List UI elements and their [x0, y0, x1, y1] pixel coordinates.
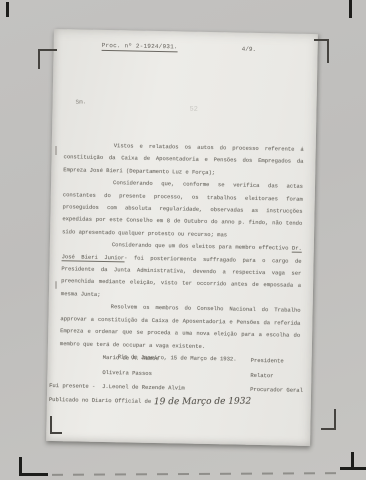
handwritten-publication-date: 19 de Março de 1932	[154, 397, 251, 408]
signature-name: Mario de A. Ramos	[103, 354, 159, 362]
bottom-dashed-line	[52, 472, 340, 476]
paragraph-considerando-2-lead: Considerando que um dos eleitos para mem…	[112, 241, 292, 251]
document-page: Proc. nº 2-1924/931. 4/9. Sm. 52 Vistos …	[46, 29, 318, 446]
signature-name: J.Leonel de Rezende Alvim	[102, 383, 185, 392]
paragraph-vistos: Vistos e relatados os autos do processo …	[63, 139, 304, 181]
process-number: Proc. nº 2-1924/931.	[102, 42, 178, 52]
paragraph-considerando-2: Considerando que um dos eleitos para mem…	[61, 238, 302, 305]
registration-mark-top-left	[38, 49, 57, 69]
paragraph-resolvem: Resolvem os membros do Conselho Nacional…	[60, 300, 301, 354]
margin-note: Sm.	[75, 98, 86, 106]
registration-mark-bottom-right	[321, 409, 336, 430]
scanned-photo-background: Proc. nº 2-1924/931. 4/9. Sm. 52 Vistos …	[0, 0, 366, 480]
stamp-page-number: 52	[189, 106, 198, 114]
page-reference: 4/9.	[242, 46, 257, 53]
publication-line: Publicado no Diario Official de19 de Mar…	[49, 394, 252, 408]
signature-prefix: Fui presente -	[49, 382, 95, 390]
signature-block: Mario de A. Ramos Presidente Oliveira Pa…	[49, 353, 302, 401]
paragraph-considerando-1: Considerando que, conforme se verifica d…	[62, 176, 303, 243]
publication-label: Publicado no Diario Official de	[49, 396, 151, 405]
signature-role: Procurador Geral	[250, 386, 303, 394]
frame-tick-top-right	[349, 0, 352, 18]
signature-role: Presidente	[251, 357, 284, 365]
frame-corner-bottom-right-bar	[340, 467, 366, 470]
registration-mark-top-right	[314, 39, 329, 63]
registration-mark-bottom-left	[50, 416, 62, 434]
document-body: Vistos e relatados os autos do processo …	[60, 139, 304, 367]
paper-edge-smudge	[55, 146, 57, 155]
paper-edge-smudge	[55, 281, 57, 289]
signature-role: Relator	[250, 371, 273, 378]
signature-name: Oliveira Passos	[102, 368, 152, 376]
frame-tick-top-left	[6, 2, 9, 17]
frame-corner-bottom-left-bar	[19, 473, 48, 476]
